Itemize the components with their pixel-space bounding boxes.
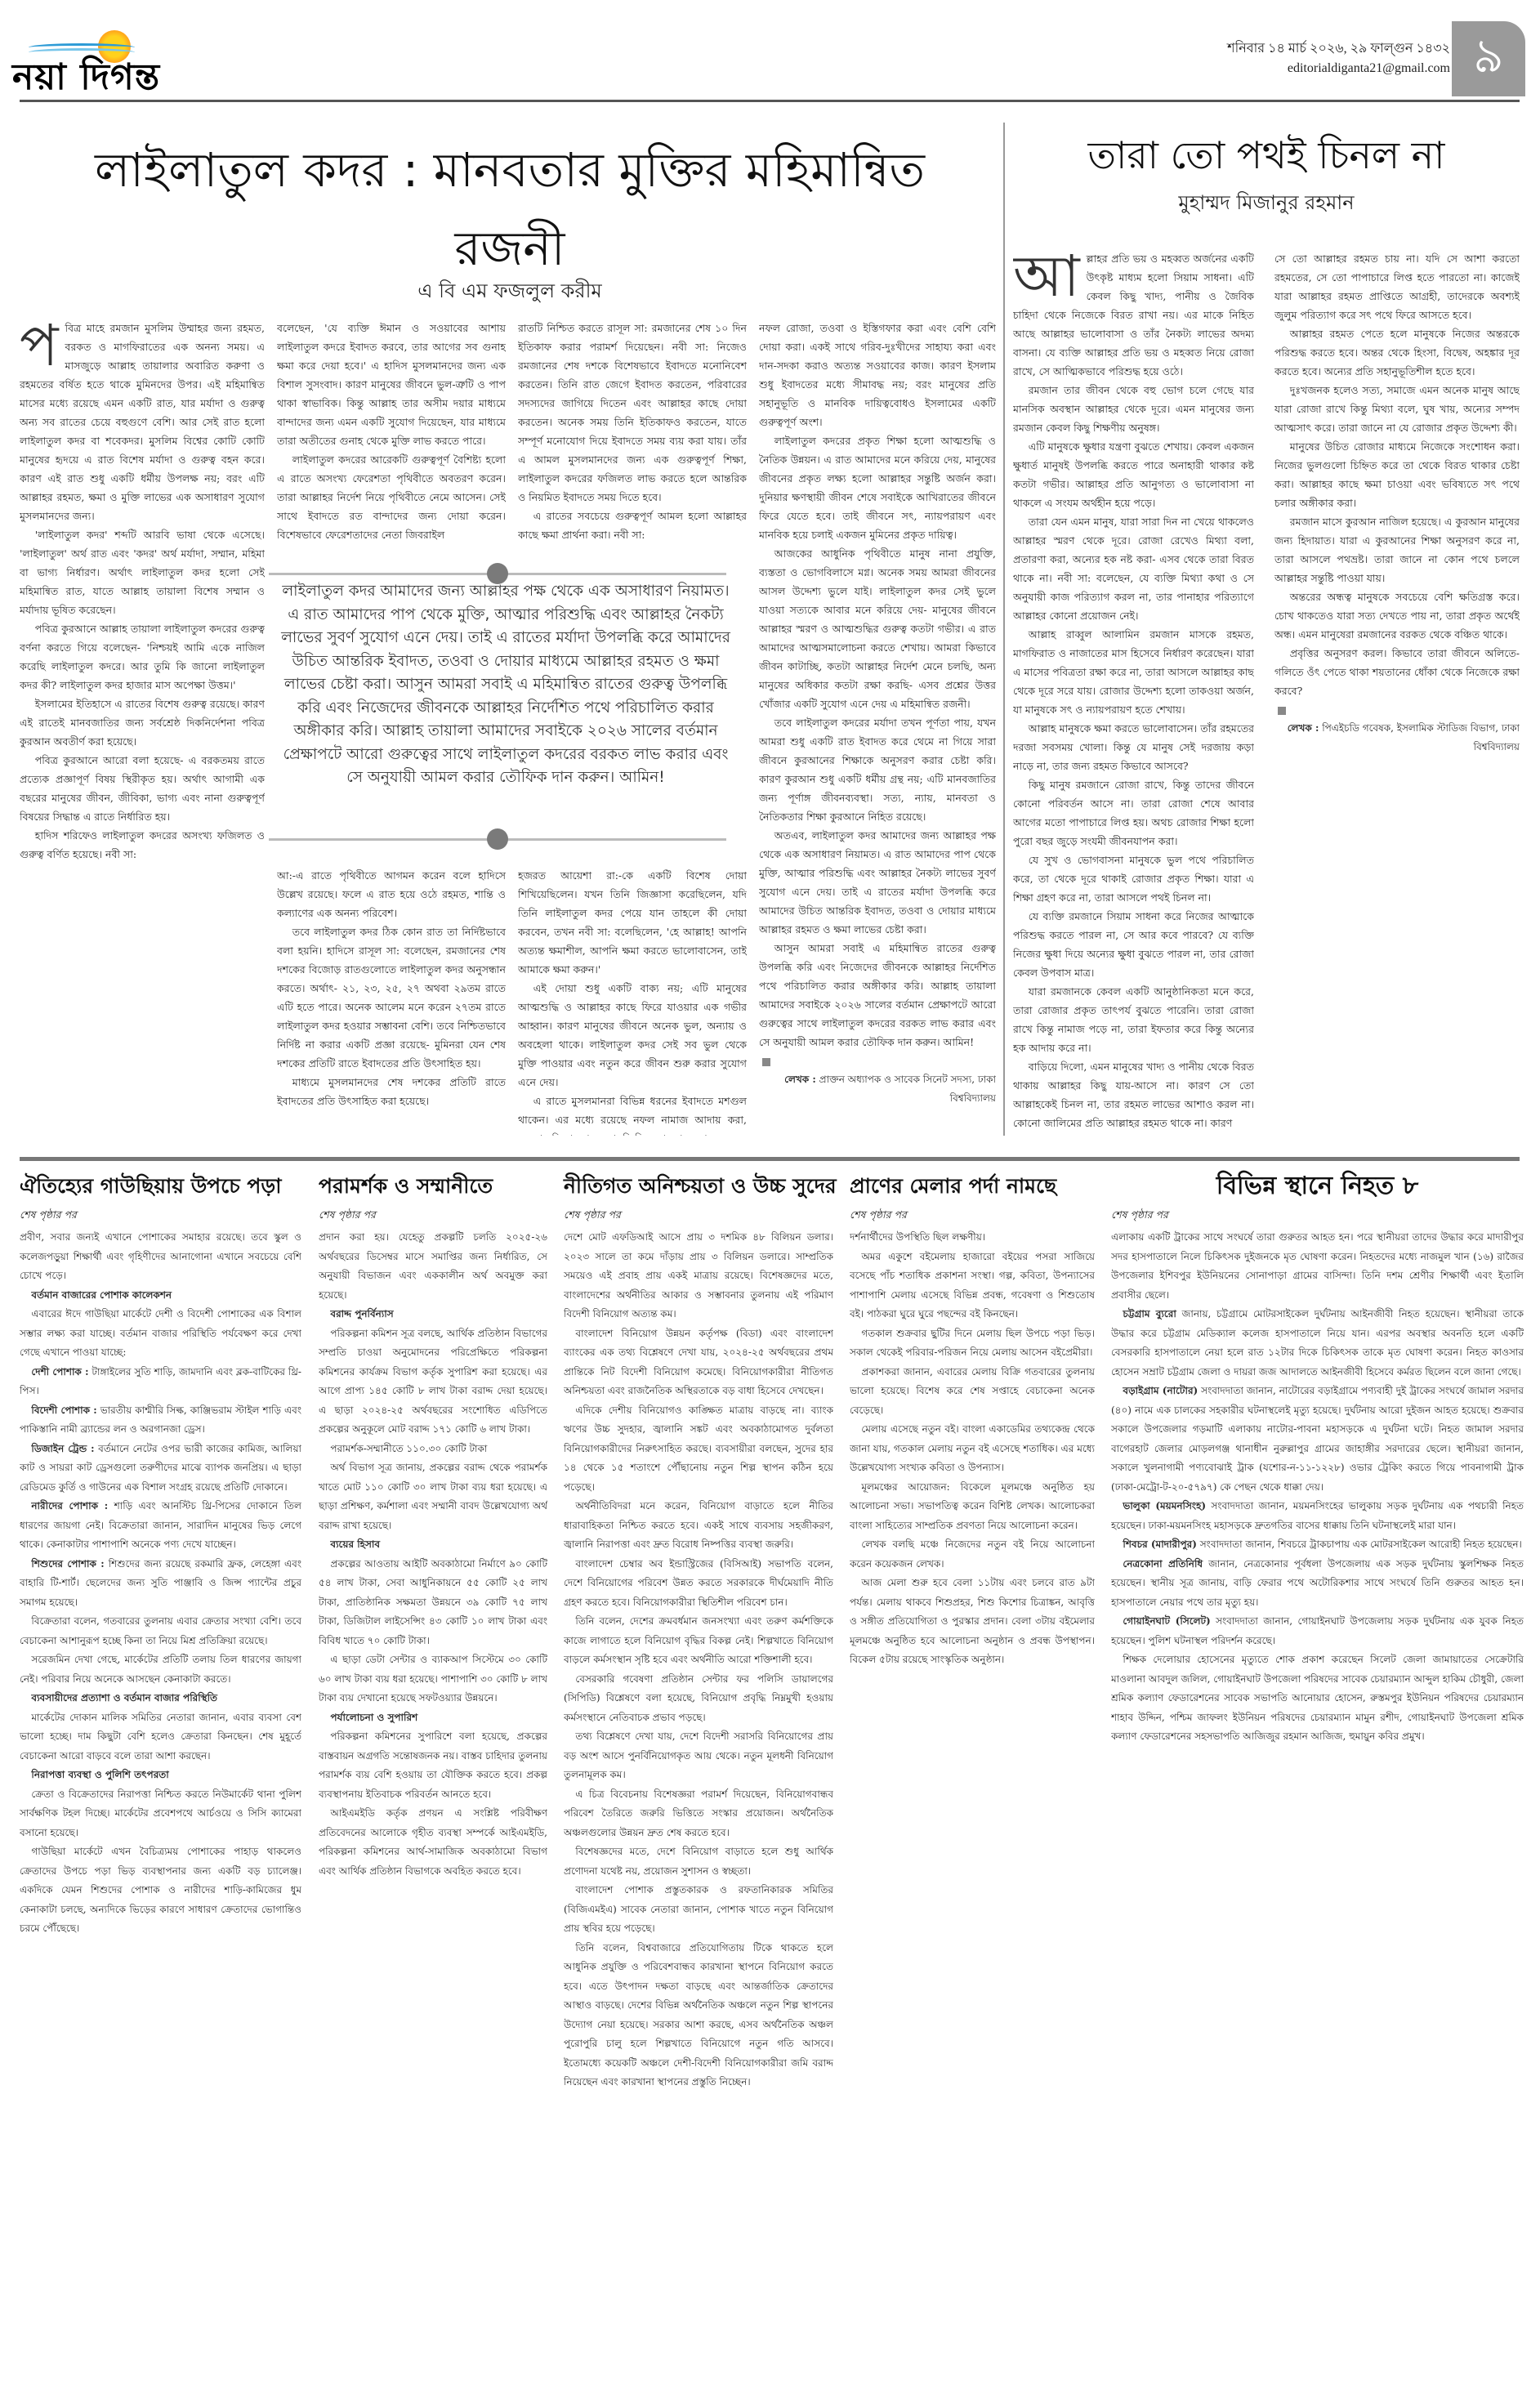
paragraph: বাংলাদেশ বিনিয়োগ উন্নয়ন কর্তৃপক্ষ (বিড… [564, 1324, 833, 1401]
paragraph: প্রকল্পের আওতায় আইটি অবকাঠামো নির্মাণে … [319, 1555, 547, 1651]
paragraph: পবিত্র কুরআনে আল্লাহ তায়ালা লাইলাতুল কদ… [20, 619, 265, 694]
side-article-author: মুহাম্মদ মিজানুর রহমান [1013, 188, 1520, 221]
paragraph: রমজান মাসে কুরআন নাজিল হয়েছে। এ কুরআন ম… [1274, 512, 1520, 587]
subheading: বর্তমান বাজারের পোশাক কালেকশন [20, 1286, 301, 1306]
paragraph: তারা যেন এমন মানুষ, যারা সারা দিন না খেয… [1013, 512, 1254, 625]
author-affiliation: প্রাক্তন অধ্যাপক ও সাবেক সিনেট সদস্য, ঢা… [819, 1074, 996, 1104]
paragraph: কিছু মানুষ রমজানে রোজা রাখে, কিন্তু তাদে… [1013, 775, 1254, 851]
author-affiliation: পিএইচডি গবেষক, ইসলামিক স্টাডিজ বিভাগ, ঢা… [1322, 722, 1520, 752]
paragraph: গোয়াইনঘাট (সিলেট) সংবাদদাতা জানান, গোয়… [1111, 1612, 1524, 1650]
section-divider [20, 1157, 1520, 1161]
paragraph: যে ব্যক্তি রমজানে সিয়াম সাধনা করে নিজের… [1013, 907, 1254, 982]
paragraph: ভালুকা (ময়মনসিংহ) সংবাদদাতা জানান, ময়ম… [1111, 1497, 1524, 1535]
lead-in: শিশুদের পোশাক : [31, 1558, 104, 1570]
paragraph: প্রদান করা হয়। যেহেতু প্রকল্পটি চলতি ২০… [319, 1228, 547, 1305]
paragraph: যে সুখ ও ভোগবাসনা মানুষকে ভুল পথে পরিচাল… [1013, 851, 1254, 907]
paragraph: প্রবীণ, সবার জন্যই এখানে পোশাকের সমাহার … [20, 1228, 301, 1286]
page-number-badge: ৯ [1452, 21, 1525, 96]
side-article-column-2: সে তো আল্লাহর রহমত চায় না। যদি সে আশা ক… [1274, 249, 1520, 1136]
paragraph: পবিত্র কুরআনে আরো বলা হয়েছে- এ বরকতময় … [20, 751, 265, 826]
lead-article-column-2: বলেছেন, 'যে ব্যক্তি ঈমান ও সওয়াবের আশায… [277, 319, 506, 560]
paragraph: শিক্ষক দেলোয়ার হোসেনের মৃত্যুতে শোক প্র… [1111, 1650, 1524, 1747]
paragraph: লেখক বলছি মঞ্চে নিজেদের নতুন বই নিয়ে আল… [850, 1535, 1095, 1574]
paragraph: মেলায় এসেছে নতুন বই। বাংলা একাডেমির তথ্… [850, 1420, 1095, 1478]
paragraph: ডিজাইন ট্রেন্ড : বর্তমানে নেটের ওপর ভারী… [20, 1440, 301, 1498]
author-note: লেখক : পিএইচডি গবেষক, ইসলামিক স্টাডিজ বি… [1274, 719, 1520, 757]
paragraph: বলেছেন, 'যে ব্যক্তি ঈমান ও সওয়াবের আশায… [277, 319, 506, 450]
lead-article-column-4: নফল রোজা, তওবা ও ইস্তিগফার করা এবং বেশি … [759, 319, 996, 1136]
paragraph: দর্শনার্থীদের উপস্থিতি ছিল লক্ষণীয়। [850, 1228, 1095, 1248]
masthead: নয়া দিগন্ত শনিবার ১৪ মার্চ ২০২৬, ২৯ ফাল… [0, 0, 1540, 98]
subheading: পর্যালোচনা ও সুপারিশ [319, 1708, 547, 1728]
continued-article-gausia: ঐতিহ্যের গাউছিয়ায় উপচে পড়া শেষ পৃষ্ঠা… [20, 1172, 301, 2382]
paragraph: এ চিত্র বিবেচনায় বিশেষজ্ঞরা পরামর্শ দিয… [564, 1785, 833, 1843]
paragraph: হজরত আয়েশা রা:-কে একটি বিশেষ দোয়া শিখি… [518, 866, 747, 979]
paragraph: মূলমঞ্চের আয়োজন: বিকেলে মূলমঞ্চে অনুষ্ঠ… [850, 1478, 1095, 1536]
article-headline[interactable]: বিভিন্ন স্থানে নিহত ৮ [1111, 1172, 1524, 1200]
paragraph: লাইলাতুল কদরের প্রকৃত শিক্ষা হলো আত্মশুদ… [759, 431, 996, 544]
article-headline[interactable]: ঐতিহ্যের গাউছিয়ায় উপচে পড়া [20, 1172, 301, 1200]
paragraph: গতকাল শুক্রবার ছুটির দিনে মেলায় ছিল উপচ… [850, 1324, 1095, 1363]
paragraph: এলাকায় একটি ট্রাকের সাথে সংঘর্ষে তারা গ… [1111, 1228, 1524, 1305]
paragraph: আল্লাহ মানুষকে ক্ষমা করতে ভালোবাসেন। তাঁ… [1013, 719, 1254, 775]
continued-article-accidents: বিভিন্ন স্থানে নিহত ৮ শেষ পৃষ্ঠার পর এলা… [1111, 1172, 1524, 2382]
paragraph: এটি মানুষকে ক্ষুধার যন্ত্রণা বুঝতে শেখায… [1013, 437, 1254, 512]
paragraph: আ:-এ রাতে পৃথিবীতে আগমন করেন বলে হাদিসে … [277, 866, 506, 922]
paragraph: মানুষের উচিত রোজার মাধ্যমে নিজেকে সংশোধন… [1274, 437, 1520, 512]
article-body: দেশে মোট এফডিআই আসে প্রায় ৩ দশমিক ৪৮ বি… [564, 1228, 833, 2356]
lead-article-column-3: রাতটি নিশ্চিত করতে রাসূল সা: রমজানের শেষ… [518, 319, 747, 560]
paragraph: দেশে মোট এফডিআই আসে প্রায় ৩ দশমিক ৪৮ বি… [564, 1228, 833, 1324]
end-mark-icon [1278, 707, 1286, 715]
continued-article-bookfair: প্রাণের মেলার পর্দা নামছে শেষ পৃষ্ঠার পর… [850, 1172, 1095, 2382]
subheading: ব্যয়ের হিসাব [319, 1535, 547, 1555]
side-article-title: তারা তো পথই চিনল না [1013, 131, 1520, 180]
paragraph: এই দোয়া শুধু একটি বাক্য নয়; এটি মানুষে… [518, 979, 747, 1092]
side-article-column-1: আ ল্লাহর প্রতি ভয় ও মহব্বত অর্জনের একটি… [1013, 249, 1254, 1136]
article-headline[interactable]: পরামর্শক ও সম্মানীতে [319, 1172, 547, 1200]
subheading: বরাদ্দ পুনর্বিন্যাস [319, 1305, 547, 1324]
continued-article-investment: নীতিগত অনিশ্চয়তা ও উচ্চ সুদের শেষ পৃষ্ঠ… [564, 1172, 833, 2382]
article-body: প্রবীণ, সবার জন্যই এখানে পোশাকের সমাহার … [20, 1228, 301, 2356]
paragraph: আজ মেলা শুরু হবে বেলা ১১টায় এবং চলবে রা… [850, 1574, 1095, 1670]
newspaper-logo[interactable]: নয়া দিগন্ত [8, 29, 270, 94]
paragraph: অন্তরের অন্ধত্ব মানুষকে সবচেয়ে বেশি ক্ষ… [1274, 587, 1520, 644]
paragraph: বাংলাদেশ পোশাক প্রস্তুতকারক ও রফতানিকারক… [564, 1881, 833, 1939]
paragraph: রাতটি নিশ্চিত করতে রাসূল সা: রমজানের শেষ… [518, 319, 747, 507]
lead-in: বড়াইগ্রাম (নাটোর) [1123, 1385, 1198, 1396]
lead-article-column-3b: হজরত আয়েশা রা:-কে একটি বিশেষ দোয়া শিখি… [518, 866, 747, 1136]
article-body: দর্শনার্থীদের উপস্থিতি ছিল লক্ষণীয়।অমর … [850, 1228, 1095, 2356]
paragraph: মাধ্যমে মুসলমানদের শেষ দশকের প্রতিটি রাত… [277, 1073, 506, 1110]
paragraph: পরামর্শক-সম্মানীতে ১১০.৩০ কোটি টাকা [319, 1440, 547, 1459]
lead-in: ভালুকা (ময়মনসিংহ) [1123, 1500, 1206, 1512]
paragraph: বিক্রেতারা বলেন, গতবারের তুলনায় এবার ক্… [20, 1612, 301, 1650]
editorial-email[interactable]: editorialdiganta21@gmail.com [1227, 59, 1450, 78]
paragraph: সরেজমিন দেখা গেছে, মার্কেটের প্রতিটি তলা… [20, 1650, 301, 1689]
paragraph: প্রবৃত্তির অনুসরণ করল। কিভাবে তারা জীবনে… [1274, 644, 1520, 700]
paragraph: এ রাতের সবচেয়ে গুরুত্বপূর্ণ আমল হলো আল্… [518, 507, 747, 544]
article-headline[interactable]: প্রাণের মেলার পর্দা নামছে [850, 1172, 1095, 1200]
paragraph: আল্লাহর রহমত পেতে হলে মানুষকে নিজের অন্ত… [1274, 324, 1520, 381]
drop-cap: প [20, 320, 59, 371]
author-label: লেখক : [1288, 722, 1319, 734]
paragraph: বাড়িয়ে দিলো, এমন মানুষের খাদ্য ও পানীয… [1013, 1057, 1254, 1132]
paragraph: মার্কেটের দোকান মালিক সমিতির নেতারা জানা… [20, 1708, 301, 1766]
side-article: তারা তো পথই চিনল না মুহাম্মদ মিজানুর রহম… [1013, 114, 1520, 1136]
lead-article-column-1: প বিত্র মাহে রমজান মুসলিম উম্মাহর জন্য র… [20, 319, 265, 1136]
lead-article-author: এ বি এম ফজলুল করীম [20, 276, 1000, 309]
column-divider [1003, 123, 1005, 1136]
paragraph: আসুন আমরা সবাই এ মহিমান্বিত রাতের গুরুত্… [759, 939, 996, 1052]
drop-cap: আ [1013, 251, 1080, 301]
paragraph: শিবচর (মাদারীপুর) সংবাদদাতা জানান, শিবচর… [1111, 1535, 1524, 1555]
paragraph: শিশুদের পোশাক : শিশুদের জন্য রয়েছে রকমা… [20, 1555, 301, 1613]
lead-in: গোয়াইনঘাট (সিলেট) [1123, 1615, 1210, 1627]
paragraph: আইএমইডি কর্তৃক প্রণয়ন এ সংশ্লিষ্ট পরিবী… [319, 1804, 547, 1881]
continued-from-label: শেষ পৃষ্ঠার পর [850, 1208, 1095, 1225]
continued-from-label: শেষ পৃষ্ঠার পর [564, 1208, 833, 1225]
paragraph: 'লাইলাতুল কদর' শব্দটি আরবি ভাষা থেকে এসে… [20, 525, 265, 619]
paragraph: আজকের আধুনিক পৃথিবীতে মানুষ নানা প্রযুক্… [759, 544, 996, 713]
paragraph: গাউছিয়া মার্কেটে এখন বৈচিত্র্যময় পোশাক… [20, 1842, 301, 1939]
article-body: এলাকায় একটি ট্রাকের সাথে সংঘর্ষে তারা গ… [1111, 1228, 1524, 2356]
paragraph: পরিকল্পনা কমিশন সূত্র বলছে, আর্থিক প্রতি… [319, 1324, 547, 1440]
paragraph: যারা রমজানকে কেবল একটি আনুষ্ঠানিকতা মনে … [1013, 982, 1254, 1057]
lead-in: বিদেশী পোশাক : [31, 1404, 96, 1416]
paragraph: তবে লাইলাতুল কদর ঠিক কোন রাত তা নির্দিষ্… [277, 922, 506, 1073]
dateline: শনিবার ১৪ মার্চ ২০২৬, ২৯ ফাল্গুন ১৪৩২ ed… [1227, 39, 1450, 78]
paragraph: তবে লাইলাতুল কদরের মর্যাদা তখন পূর্ণতা প… [759, 713, 996, 826]
paragraph: লাইলাতুল কদরের আরেকটি গুরুত্বপূর্ণ বৈশিষ… [277, 450, 506, 544]
lead-article: লাইলাতুল কদর : মানবতার মুক্তির মহিমান্বি… [20, 114, 1000, 1136]
pull-quote-text: লাইলাতুল কদর আমাদের জন্য আল্লাহর পক্ষ থে… [277, 580, 734, 790]
paragraph: বিদেশী পোশাক : ভারতীয় কাশ্মীরি সিল্ক, ক… [20, 1401, 301, 1440]
paragraph: প্রকাশকরা জানান, এবারের মেলায় বিক্রি গত… [850, 1363, 1095, 1421]
paragraph: তিনি বলেন, বিশ্ববাজারে প্রতিযোগিতায় টিক… [564, 1939, 833, 2092]
paragraph: এ রাতে মুসলমানরা বিভিন্ন ধরনের ইবাদতে মশ… [518, 1092, 747, 1136]
lead-in: চট্টগ্রাম ব্যুরো [1123, 1308, 1176, 1320]
paragraph: ক্রেতা ও বিক্রেতাদের নিরাপত্তা নিশ্চিত ক… [20, 1785, 301, 1843]
paragraph: চট্টগ্রাম ব্যুরো জানায়, চট্টগ্রামে মোটর… [1111, 1305, 1524, 1382]
paragraph: অমর একুশে বইমেলায় হাজারো বইয়ের পসরা সা… [850, 1248, 1095, 1324]
paragraph: সে তো আল্লাহর রহমত চায় না। যদি সে আশা ক… [1274, 249, 1520, 324]
article-headline[interactable]: নীতিগত অনিশ্চয়তা ও উচ্চ সুদের [564, 1172, 833, 1200]
subheading: নিরাপত্তা ব্যবস্থা ও পুলিশি তৎপরতা [20, 1766, 301, 1785]
bullet-dot-icon [487, 828, 508, 850]
paragraph: এদিকে দেশীয় বিনিয়োগও কাঙ্ক্ষিত মাত্রায… [564, 1401, 833, 1498]
subheading: ব্যবসায়ীদের প্রত্যাশা ও বর্তমান বাজার প… [20, 1689, 301, 1708]
paragraph: দুঃখজনক হলেও সত্য, সমাজে এমন অনেক মানুষ … [1274, 381, 1520, 437]
lead-in: দেশী পোশাক : [31, 1366, 88, 1378]
paragraph: অর্থ বিভাগ সূত্র জানায়, প্রকল্পের বরাদ্… [319, 1458, 547, 1535]
paragraph: নফল রোজা, তওবা ও ইস্তিগফার করা এবং বেশি … [759, 319, 996, 431]
continued-article-consultant: পরামর্শক ও সম্মানীতে শেষ পৃষ্ঠার পর প্রদ… [319, 1172, 547, 2382]
masthead-divider [20, 100, 1520, 102]
paragraph: দেশী পোশাক : টাঙ্গাইলের সুতি শাড়ি, জামদ… [20, 1363, 301, 1401]
paragraph: আল্লাহ রাব্বুল আলামিন রমজান মাসকে রহমত, … [1013, 625, 1254, 719]
paragraph: নারীদের পোশাক : শাড়ি এবং আনস্টিচ থ্রি-প… [20, 1497, 301, 1555]
continued-from-label: শেষ পৃষ্ঠার পর [1111, 1208, 1524, 1225]
paragraph: বড়াইগ্রাম (নাটোর) সংবাদদাতা জানান, নাটো… [1111, 1382, 1524, 1497]
paragraph: বাংলাদেশ চেম্বার অব ইন্ডাস্ট্রিজের (বিসি… [564, 1555, 833, 1613]
paragraph: এ ছাড়া ডেটা সেন্টার ও ব্যাকআপ সিস্টেমে … [319, 1650, 547, 1708]
lead-article-column-2b: আ:-এ রাতে পৃথিবীতে আগমন করেন বলে হাদিসে … [277, 866, 506, 1136]
article-body: প্রদান করা হয়। যেহেতু প্রকল্পটি চলতি ২০… [319, 1228, 547, 2356]
lead-article-title: লাইলাতুল কদর : মানবতার মুক্তির মহিমান্বি… [52, 131, 967, 288]
paragraph: রমজান তার জীবন থেকে বহু ভোগ চলে গেছে যার… [1013, 381, 1254, 437]
paragraph: বেসরকারি গবেষণা প্রতিষ্ঠান সেন্টার ফর পল… [564, 1670, 833, 1728]
continued-from-label: শেষ পৃষ্ঠার পর [319, 1208, 547, 1225]
lead-in: নেত্রকোনা প্রতিনিধি [1123, 1558, 1203, 1570]
paragraph: ইসলামের ইতিহাসে এ রাতের বিশেষ গুরুত্ব রয… [20, 694, 265, 751]
paragraph: তিনি বলেন, দেশের ক্রমবর্ধমান জনসংখ্যা এব… [564, 1612, 833, 1670]
lead-in: শিবচর (মাদারীপুর) [1123, 1538, 1197, 1550]
continued-from-label: শেষ পৃষ্ঠার পর [20, 1208, 301, 1225]
paragraph: এবারের ঈদে গাউছিয়া মার্কেটে দেশী ও বিদে… [20, 1305, 301, 1363]
paragraph: বিশেষজ্ঞদের মতে, দেশে বিনিয়োগ বাড়াতে হ… [564, 1842, 833, 1881]
paragraph: হাদিস শরিফেও লাইলাতুল কদরের অসংখ্য ফজিলত… [20, 826, 265, 864]
paragraph: অতএব, লাইলাতুল কদর আমাদের জন্য আল্লাহর প… [759, 826, 996, 939]
issue-date: শনিবার ১৪ মার্চ ২০২৬, ২৯ ফাল্গুন ১৪৩২ [1227, 39, 1450, 59]
author-label: লেখক : [784, 1074, 816, 1085]
lead-in: নারীদের পোশাক : [31, 1500, 108, 1512]
lead-in: ডিজাইন ট্রেন্ড : [31, 1443, 94, 1454]
author-note: লেখক : প্রাক্তন অধ্যাপক ও সাবেক সিনেট সদ… [759, 1070, 996, 1108]
end-mark-icon [762, 1058, 770, 1066]
paragraph: পরিকল্পনা কমিশনের সুপারিশে বলা হয়েছে, প… [319, 1727, 547, 1804]
paragraph: নেত্রকোনা প্রতিনিধি জানান, নেত্রকোনার পূ… [1111, 1555, 1524, 1613]
pull-quote: লাইলাতুল কদর আমাদের জন্য আল্লাহর পক্ষ থে… [269, 562, 759, 844]
paragraph: অর্থনীতিবিদরা মনে করেন, বিনিয়োগ বাড়াতে… [564, 1497, 833, 1555]
paragraph: তথ্য বিশ্লেষণে দেখা যায়, দেশে বিদেশী সর… [564, 1727, 833, 1785]
